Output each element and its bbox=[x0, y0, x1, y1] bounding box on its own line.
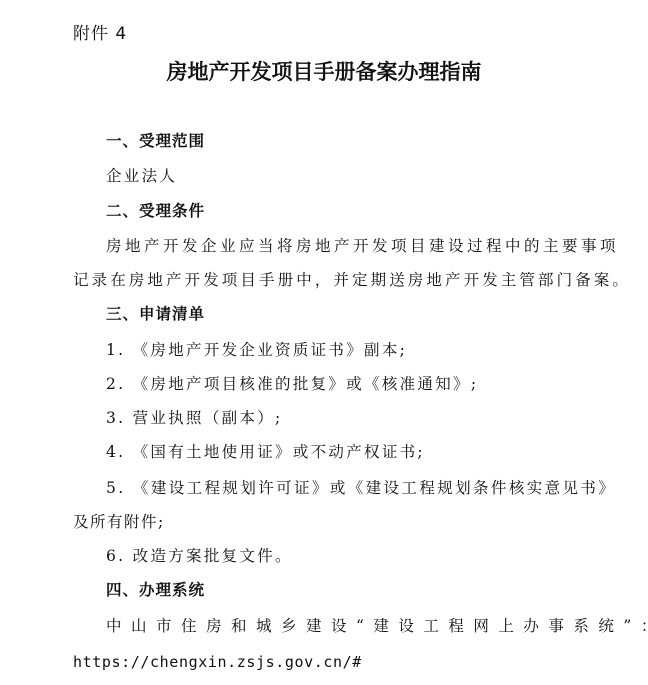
checklist-item-4: 4. 《国有土地使用证》或不动产权证书; bbox=[106, 442, 606, 462]
checklist-item-3: 3. 营业执照（副本）; bbox=[106, 408, 606, 428]
document-title: 房地产开发项目手册备案办理指南 bbox=[0, 56, 648, 86]
system-url-link[interactable]: https://chengxin.zsjs.gov.cn/# bbox=[73, 652, 573, 672]
section-heading-scope: 一、受理范围 bbox=[106, 131, 606, 151]
checklist-item-2: 2. 《房地产项目核准的批复》或《核准通知》; bbox=[106, 374, 606, 394]
section-heading-checklist: 三、申请清单 bbox=[106, 304, 606, 324]
attachment-label: 附件 4 bbox=[73, 19, 127, 44]
scope-text: 企业法人 bbox=[106, 166, 606, 186]
conditions-paragraph-line-2: 记录在房地产开发项目手册中，并定期送房地产开发主管部门备案。 bbox=[73, 270, 573, 290]
checklist-item-6: 6. 改造方案批复文件。 bbox=[106, 546, 606, 566]
checklist-item-5-continued: 及所有附件; bbox=[73, 512, 573, 532]
section-heading-system: 四、办理系统 bbox=[106, 580, 606, 600]
conditions-paragraph-line-1: 房地产开发企业应当将房地产开发项目建设过程中的主要事项 bbox=[106, 236, 606, 256]
checklist-item-5: 5. 《建设工程规划许可证》或《建设工程规划条件核实意见书》 bbox=[106, 478, 606, 498]
checklist-item-1: 1. 《房地产开发企业资质证书》副本; bbox=[106, 340, 606, 360]
section-heading-conditions: 二、受理条件 bbox=[106, 201, 606, 221]
system-name-text: 中山市住房和城乡建设“建设工程网上办事系统”： bbox=[106, 616, 606, 636]
